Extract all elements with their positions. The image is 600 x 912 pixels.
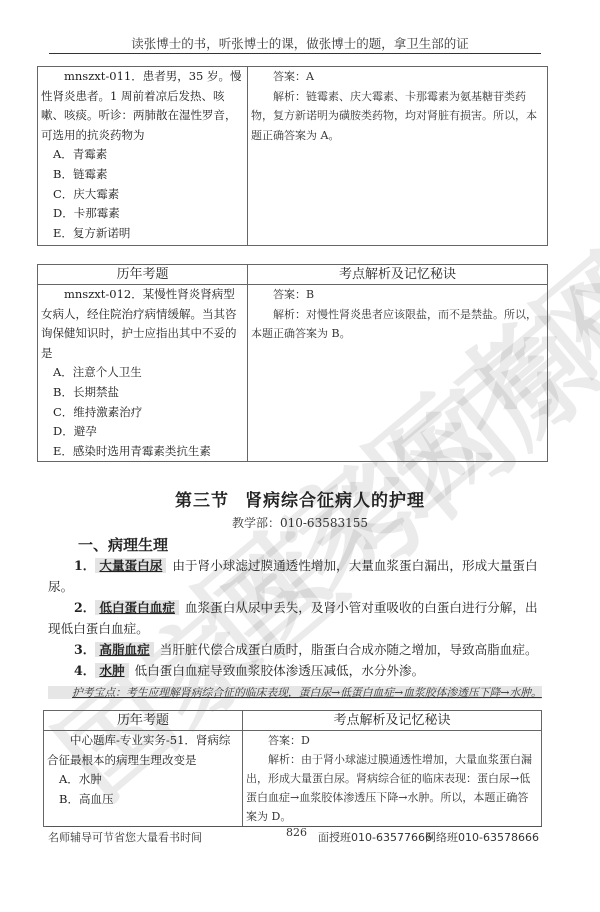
exam-tip: 护考宝点：考生应理解肾病综合征的临床表现，蛋白尿→低蛋白血症→血浆胶体渗透压下降… — [48, 682, 542, 703]
option-b: B．长期禁盐 — [41, 383, 244, 403]
option-c: C．维持激素治疗 — [41, 403, 244, 423]
question-stem: 中心题库-专业实务-51．肾病综合征最根本的病理生理改变是 — [47, 731, 239, 770]
question-cell: mnszxt-012．某慢性肾炎肾病型女病人，经住院治疗病情缓解。当其咨询保健知… — [38, 285, 248, 462]
pathophysiology-item-4: 4．水肿低白蛋白血症导致血浆胶体渗透压减低，水分外渗。 — [48, 660, 546, 681]
pathophysiology-item-2: 2．低白蛋白血症血浆蛋白从尿中丢失，及肾小管对重吸收的白蛋白进行分解，出现低白蛋… — [48, 597, 546, 639]
question-table-3: 历年考题 考点解析及记忆秘诀 中心题库-专业实务-51．肾病综合征最根本的病理生… — [43, 710, 542, 827]
question-stem: mnszxt-011．患者男，35 岁。慢性肾炎患者。1 周前着凉后发热、咳嗽、… — [41, 67, 244, 145]
column-header-analysis: 考点解析及记忆秘诀 — [248, 265, 548, 285]
answer-cell: 答案：B 解析：对慢性肾炎患者应该限盐，而不是禁盐。所以，本题正确答案为 B。 — [248, 285, 548, 462]
option-b: B．高血压 — [47, 790, 239, 810]
column-header-analysis: 考点解析及记忆秘诀 — [243, 711, 542, 731]
option-b: B．链霉素 — [41, 165, 244, 185]
key-term: 水肿 — [95, 663, 128, 678]
option-a: A．青霉素 — [41, 145, 244, 165]
table-row: mnszxt-011．患者男，35 岁。慢性肾炎患者。1 周前着凉后发热、咳嗽、… — [38, 67, 548, 246]
answer-cell: 答案：D 解析：由于肾小球滤过膜通透性增加，大量血浆蛋白漏出，形成大量蛋白尿。肾… — [243, 731, 542, 827]
answer-cell: 答案：A 解析：链霉素、庆大霉素、卡那霉素为氨基糖苷类药物，复方新诺明为磺胺类药… — [248, 67, 548, 246]
page-header-slogan: 读张博士的书，听张博士的课，做张博士的题，拿卫生部的证 — [0, 34, 600, 52]
footer-slogan: 名师辅导可节省您大量看书时间 — [48, 829, 202, 845]
option-d: D．避孕 — [41, 422, 244, 442]
answer-analysis: 解析：链霉素、庆大霉素、卡那霉素为氨基糖苷类药物，复方新诺明为磺胺类药物，均对肾… — [251, 87, 544, 146]
table-header-row: 历年考题 考点解析及记忆秘诀 — [38, 265, 548, 285]
pathophysiology-item-3: 3．高脂血症当肝脏代偿合成蛋白质时，脂蛋白合成亦随之增加，导致高脂血症。 — [48, 639, 546, 660]
answer-label: 答案：B — [251, 285, 544, 305]
section-title: 第三节肾病综合征病人的护理 — [0, 486, 600, 511]
pathophysiology-item-1: 1．大量蛋白尿由于肾小球滤过膜通透性增加，大量血浆蛋白漏出，形成大量蛋白尿。 — [48, 555, 546, 597]
section-subtitle: 教学部：010-63583155 — [0, 514, 600, 531]
answer-analysis: 解析：由于肾小球滤过膜通透性增加，大量血浆蛋白漏出，形成大量蛋白尿。肾病综合征的… — [246, 750, 538, 826]
key-term: 低白蛋白血症 — [95, 600, 179, 615]
footer-class-onsite: 面授班010-63577666 — [318, 829, 432, 845]
answer-label: 答案：D — [246, 731, 538, 750]
table-row: 中心题库-专业实务-51．肾病综合征最根本的病理生理改变是 A．水肿 B．高血压… — [44, 731, 542, 827]
column-header-questions: 历年考题 — [38, 265, 248, 285]
table-row: mnszxt-012．某慢性肾炎肾病型女病人，经住院治疗病情缓解。当其咨询保健知… — [38, 285, 548, 462]
question-cell: 中心题库-专业实务-51．肾病综合征最根本的病理生理改变是 A．水肿 B．高血压 — [44, 731, 243, 827]
option-a: A．注意个人卫生 — [41, 363, 244, 383]
header-divider — [49, 53, 541, 54]
section-number: 第三节 — [175, 491, 229, 511]
key-term: 大量蛋白尿 — [95, 558, 166, 573]
section-name: 肾病综合征病人的护理 — [245, 491, 425, 511]
page-number: 826 — [286, 826, 307, 839]
footer-class-online: 网络班010-63578666 — [425, 829, 539, 845]
answer-analysis: 解析：对慢性肾炎患者应该限盐，而不是禁盐。所以，本题正确答案为 B。 — [251, 305, 544, 344]
option-a: A．水肿 — [47, 770, 239, 790]
question-table-1: mnszxt-011．患者男，35 岁。慢性肾炎患者。1 周前着凉后发热、咳嗽、… — [37, 66, 548, 246]
answer-label: 答案：A — [251, 67, 544, 87]
option-e: E．复方新诺明 — [41, 224, 244, 244]
option-d: D．卡那霉素 — [41, 204, 244, 224]
option-c: C．庆大霉素 — [41, 185, 244, 205]
question-stem: mnszxt-012．某慢性肾炎肾病型女病人，经住院治疗病情缓解。当其咨询保健知… — [41, 285, 244, 363]
key-term: 高脂血症 — [95, 642, 153, 657]
option-e: E．感染时选用青霉素类抗生素 — [41, 442, 244, 462]
column-header-questions: 历年考题 — [44, 711, 243, 731]
subheading-pathophysiology: 一、病理生理 — [78, 534, 168, 555]
table-header-row: 历年考题 考点解析及记忆秘诀 — [44, 711, 542, 731]
question-cell: mnszxt-011．患者男，35 岁。慢性肾炎患者。1 周前着凉后发热、咳嗽、… — [38, 67, 248, 246]
question-table-2: 历年考题 考点解析及记忆秘诀 mnszxt-012．某慢性肾炎肾病型女病人，经住… — [37, 264, 548, 462]
